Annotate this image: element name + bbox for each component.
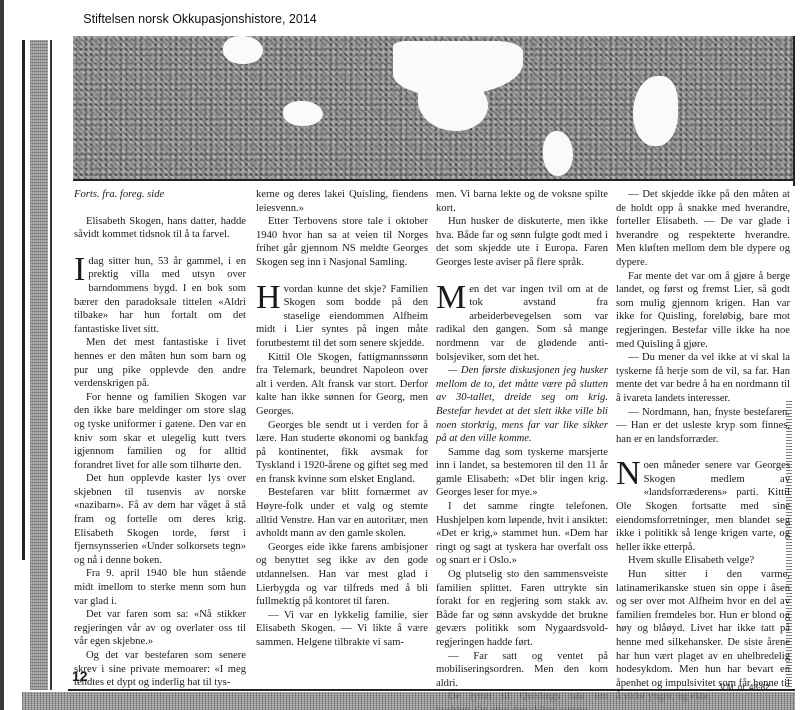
paragraph-text: dag sitter hun, 53 år gammel, i en prekt… xyxy=(74,256,246,335)
paragraph: Og plutselig sto den sammensveiste famil… xyxy=(436,568,608,650)
quote-paragraph: — Den første diskusjonen jeg husker mell… xyxy=(436,364,608,446)
page-number: 12 xyxy=(72,668,88,684)
paragraph: Georges ble sendt ut i verden for å lære… xyxy=(256,419,428,487)
paragraph: Kittil Ole Skogen, fattigmannssønn fra T… xyxy=(256,351,428,419)
paragraph: — Nordmann, han, fnyste bestefaren. — Ha… xyxy=(616,406,790,447)
paragraph: Samme dag som tyskerne marsjerte inn i l… xyxy=(436,446,608,500)
paragraph: Hun husker de diskuterte, men ikke hva. … xyxy=(436,215,608,269)
paragraph: — Du mener da vel ikke at vi skal la tys… xyxy=(616,351,790,405)
scan-grain xyxy=(786,400,792,690)
paragraph: Elisabeth Skogen, hans datter, hadde såv… xyxy=(74,215,246,242)
paragraph: Det var faren som sa: «Nå stikker regjer… xyxy=(74,608,246,649)
dropcap: N xyxy=(616,461,641,487)
continuation-caption: Forts. fra. foreg. side xyxy=(74,188,246,202)
paragraph: — Vi var en lykkelig familie, sier Elisa… xyxy=(256,609,428,650)
dropcap: M xyxy=(436,285,466,311)
paragraph: Men det mest fantastiske i livet hennes … xyxy=(74,336,246,390)
paragraph-with-dropcap: Noen måneder senere var Georges Skogen m… xyxy=(616,459,790,554)
article-column-4: — Det skjedde ikke på den måten at de ho… xyxy=(616,188,790,704)
side-rule xyxy=(22,40,25,560)
paragraph: kerne og deres lakei Quisling, fiendens … xyxy=(256,188,428,215)
dropcap: I xyxy=(74,257,85,283)
viewer-left-edge xyxy=(0,0,4,710)
paragraph: Etter Terbovens store tale i oktober 194… xyxy=(256,215,428,269)
article-photo xyxy=(73,36,795,181)
paragraph: Fra 9. april 1940 ble hun stående midt i… xyxy=(74,567,246,608)
article-column-1: Forts. fra. foreg. side Elisabeth Skogen… xyxy=(74,188,246,690)
paragraph: — Det skjedde ikke på den måten at de ho… xyxy=(616,188,790,270)
scan-grain xyxy=(30,40,48,690)
paragraph: Og det var bestefaren som senere skrev i… xyxy=(74,649,246,690)
side-rule xyxy=(50,40,52,690)
side-decorative-strip xyxy=(22,40,52,690)
paragraph: Bestefaren var blitt fornærmet av Høyre-… xyxy=(256,486,428,540)
scan-grain xyxy=(22,692,795,710)
paragraph: — Far satt og ventet på mobiliseringsord… xyxy=(436,650,608,691)
paragraph-with-dropcap: Hvordan kunne det skje? Familien Skogen … xyxy=(256,283,428,351)
paragraph-with-dropcap: Men det var ingen tvil om at de tok avst… xyxy=(436,283,608,365)
paragraph-text: oen måneder senere var Georges Skogen me… xyxy=(616,460,790,553)
photo-border xyxy=(793,36,795,186)
paragraph: men. Vi barna lekte og de voksne spilte … xyxy=(436,188,608,215)
document-header-title: Stiftelsen norsk Okkupasjonshistore, 201… xyxy=(0,12,400,26)
article-column-2: kerne og deres lakei Quisling, fiendens … xyxy=(256,188,428,650)
paragraph: For henne og familien Skogen var den ikk… xyxy=(74,391,246,473)
paragraph: Georges eide ikke farens ambisjoner og b… xyxy=(256,541,428,609)
paragraph: Hvem skulle Elisabeth velge? xyxy=(616,554,790,568)
article-column-3: men. Vi barna lekte og de voksne spilte … xyxy=(436,188,608,710)
paragraph-with-dropcap: Idag sitter hun, 53 år gammel, i en prek… xyxy=(74,255,246,337)
paragraph-text: vordan kunne det skje? Familien Skogen s… xyxy=(256,284,428,349)
paragraph: I det samme ringte telefonen. Hushjelpen… xyxy=(436,500,608,568)
dropcap: H xyxy=(256,285,281,311)
paragraph: Far mente det var om å gjøre å berge lan… xyxy=(616,270,790,352)
bottom-rule xyxy=(68,689,795,691)
paragraph: Det hun opplevde kaster lys over skjebne… xyxy=(74,472,246,567)
